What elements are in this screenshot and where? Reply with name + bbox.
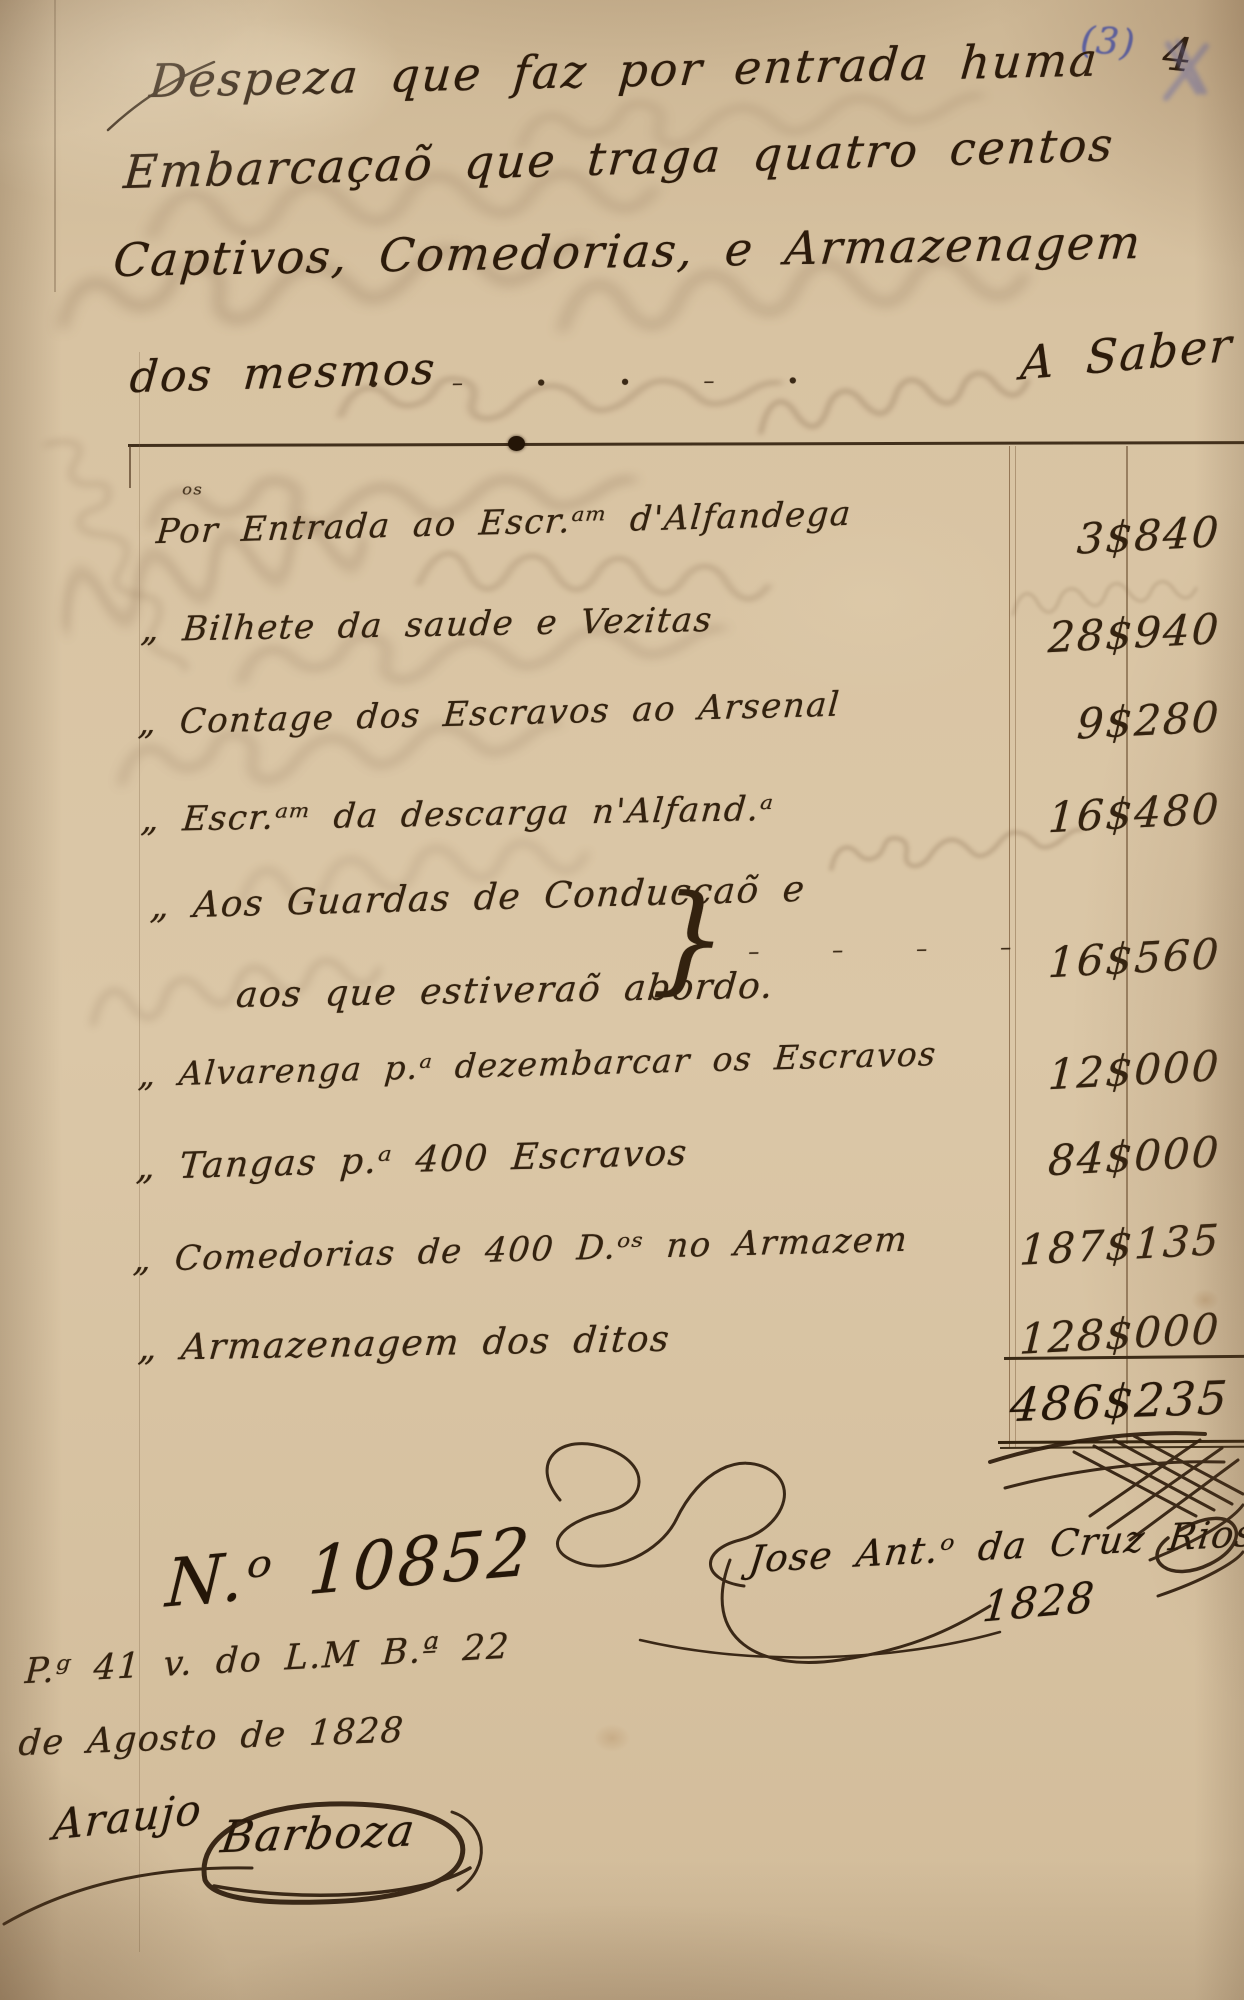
manuscript-page: (3) 4 Despeza que faz por entrada huma E…: [0, 0, 1244, 2000]
pen-flourish-strokes: [0, 0, 1244, 2000]
